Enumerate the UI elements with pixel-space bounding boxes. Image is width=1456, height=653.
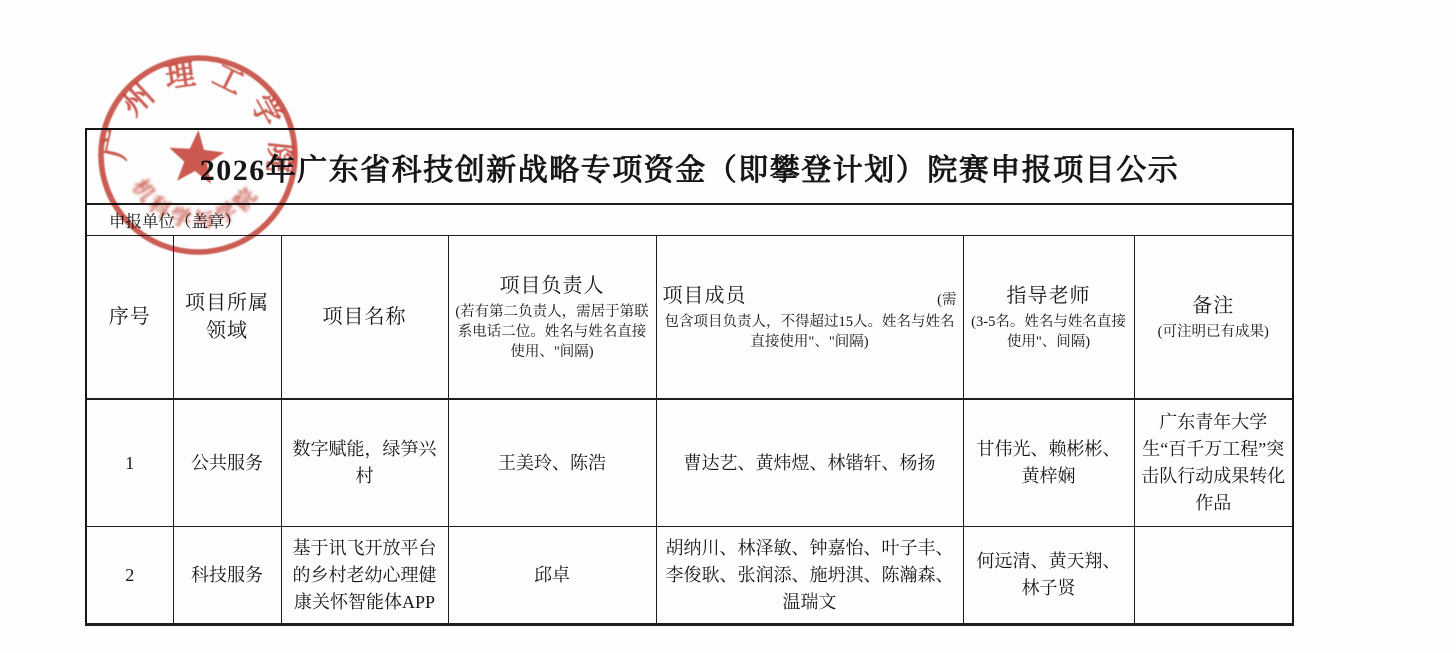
header-leader-note: (若有第二负责人，需居于第联系电话二位。姓名与姓名直接使用、"间隔) <box>454 302 651 362</box>
header-advisors-note: (3-5名。姓名与姓名直接使用"、间隔) <box>969 312 1129 352</box>
table-row: 2 科技服务 基于讯飞开放平台的乡村老幼心理健康关怀智能体APP 邱卓 胡纳川、… <box>86 527 1293 625</box>
header-seq-label: 序号 <box>92 303 168 331</box>
cell-field: 公共服务 <box>173 399 281 527</box>
cell-field: 科技服务 <box>173 527 281 625</box>
title-row: 2026年广东省科技创新战略专项资金（即攀登计划）院赛申报项目公示 <box>86 129 1293 204</box>
header-remarks-label: 备注 <box>1140 292 1288 320</box>
col-header-advisors: 指导老师 (3-5名。姓名与姓名直接使用"、间隔) <box>963 236 1134 400</box>
scanned-document-page: 2026年广东省科技创新战略专项资金（即攀登计划）院赛申报项目公示 申报单位（盖… <box>0 0 1456 653</box>
cell-members: 曹达艺、黄炜煜、林锴轩、杨扬 <box>656 399 963 527</box>
col-header-members: 项目成员 (需 包含项目负责人，不得超过15人。姓名与姓名直接使用"、"间隔) <box>656 236 963 400</box>
col-header-remarks: 备注 (可注明已有成果) <box>1134 236 1293 400</box>
cell-seq: 2 <box>86 527 173 625</box>
cell-advisors: 甘伟光、赖彬彬、黄梓娴 <box>963 399 1134 527</box>
cell-advisors: 何远清、黄天翔、林子贤 <box>963 527 1134 625</box>
cell-members: 胡纳川、林泽敏、钟嘉怡、叶子丰、李俊耿、张润添、施坍淇、陈瀚森、温瑞文 <box>656 527 963 625</box>
col-header-leader: 项目负责人 (若有第二负责人，需居于第联系电话二位。姓名与姓名直接使用、"间隔) <box>448 236 656 400</box>
header-members-note: 包含项目负责人，不得超过15人。姓名与姓名直接使用"、"间隔) <box>662 312 958 352</box>
header-row: 序号 项目所属领域 项目名称 项目负责人 (若有第二负责人，需居于第联系电话二位… <box>86 236 1293 400</box>
cell-leader: 邱卓 <box>448 527 656 625</box>
unit-row: 申报单位（盖章） <box>86 204 1293 236</box>
header-leader-label: 项目负责人 <box>454 272 651 300</box>
cell-seq: 1 <box>86 399 173 527</box>
cell-remarks <box>1134 527 1293 625</box>
header-field-label: 项目所属领域 <box>179 289 276 345</box>
cell-project-name: 基于讯飞开放平台的乡村老幼心理健康关怀智能体APP <box>281 527 448 625</box>
unit-label: 申报单位（盖章） <box>109 212 241 231</box>
project-publicity-table: 2026年广东省科技创新战略专项资金（即攀登计划）院赛申报项目公示 申报单位（盖… <box>85 128 1294 626</box>
col-header-name: 项目名称 <box>281 236 448 400</box>
cell-project-name: 数字赋能，绿笋兴村 <box>281 399 448 527</box>
cell-leader: 王美玲、陈浩 <box>448 399 656 527</box>
cell-remarks: 广东青年大学生“百千万工程”突击队行动成果转化作品 <box>1134 399 1293 527</box>
header-members-note-head: (需 <box>937 290 956 310</box>
unit-label-cell: 申报单位（盖章） <box>86 204 1293 236</box>
document-title-cell: 2026年广东省科技创新战略专项资金（即攀登计划）院赛申报项目公示 <box>86 129 1293 204</box>
header-remarks-note: (可注明已有成果) <box>1140 322 1288 342</box>
header-members-label: 项目成员 <box>663 282 747 310</box>
header-name-label: 项目名称 <box>287 303 443 331</box>
header-advisors-label: 指导老师 <box>969 282 1129 310</box>
col-header-field: 项目所属领域 <box>173 236 281 400</box>
table-row: 1 公共服务 数字赋能，绿笋兴村 王美玲、陈浩 曹达艺、黄炜煜、林锴轩、杨扬 甘… <box>86 399 1293 527</box>
page-title: 2026年广东省科技创新战略专项资金（即攀登计划）院赛申报项目公示 <box>200 154 1180 187</box>
col-header-seq: 序号 <box>86 236 173 400</box>
